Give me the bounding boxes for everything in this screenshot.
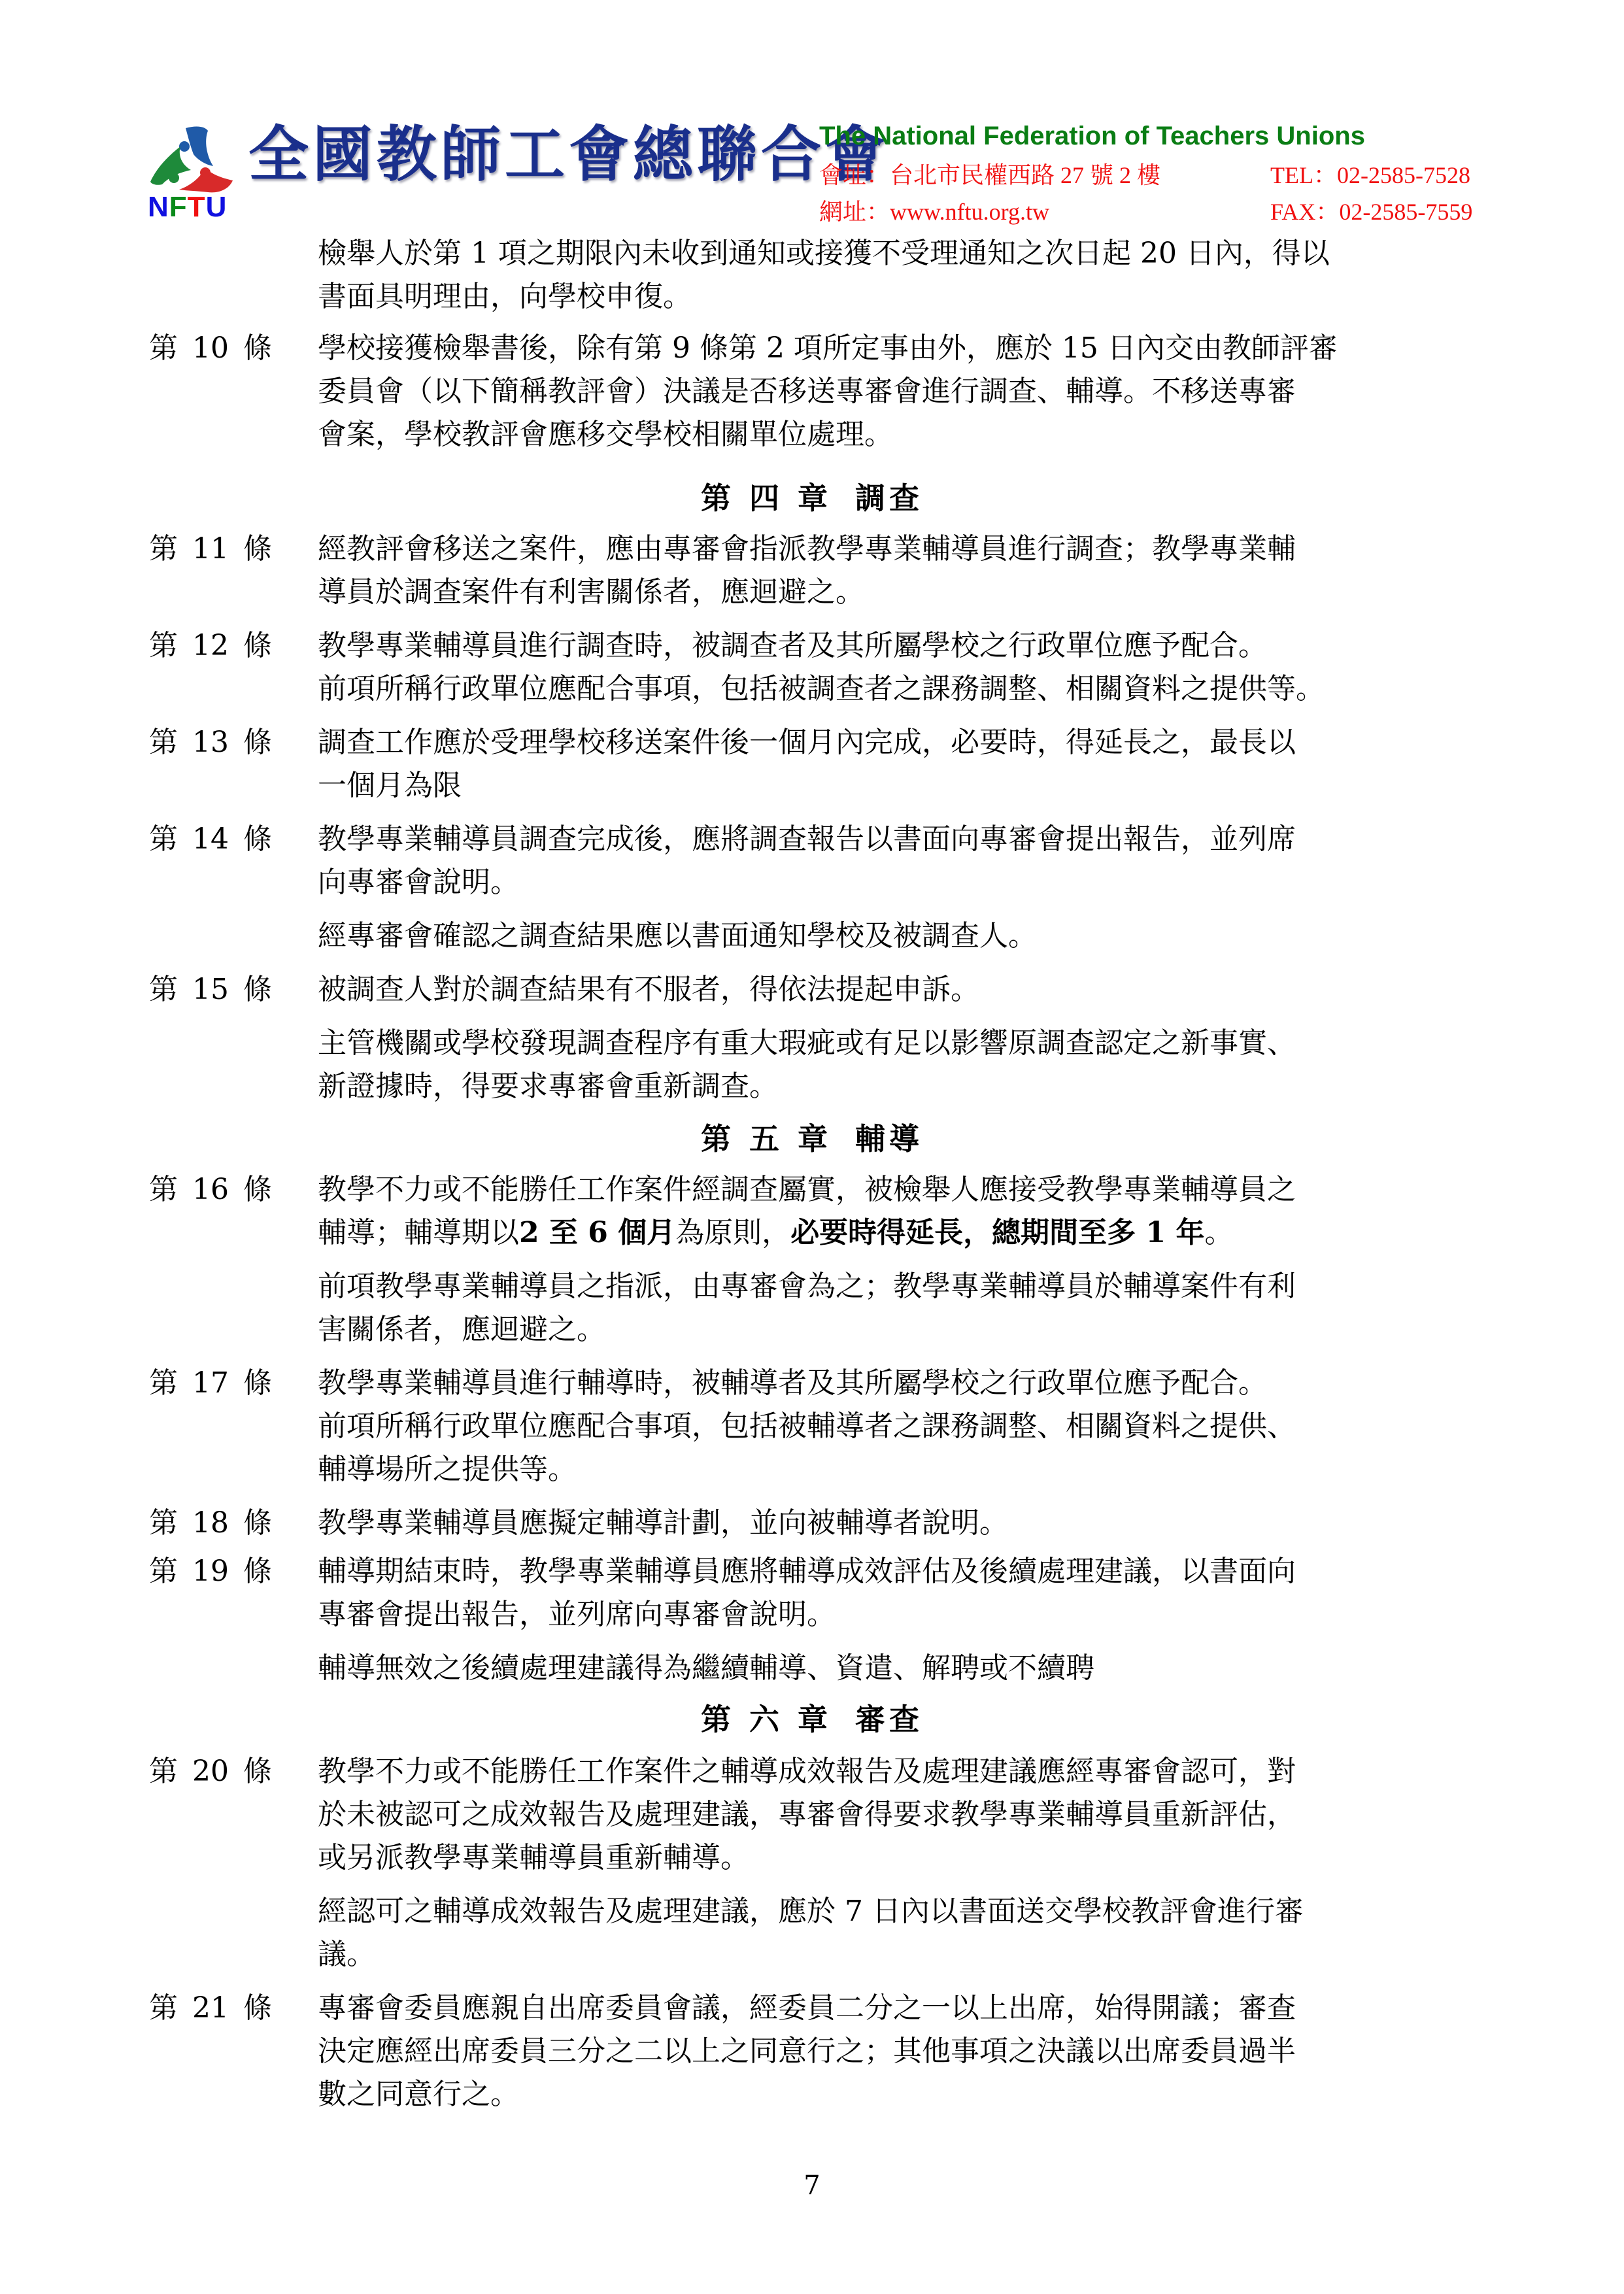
article-number: 第 16 條 xyxy=(149,1170,272,1209)
logo-letter: U xyxy=(206,193,228,222)
paragraph-line: 檢舉人於第 1 項之期限內未收到通知或接獲不受理通知之次日起 20 日內，得以 xyxy=(318,234,1330,273)
nftu-logo-icon xyxy=(145,122,243,200)
article-number: 第 13 條 xyxy=(149,723,272,762)
article-number: 第 21 條 xyxy=(149,1989,272,2028)
article-number: 第 10 條 xyxy=(149,329,272,368)
article-line: 新證據時，得要求專審會重新調查。 xyxy=(318,1067,778,1106)
logo-abbreviation: NFTU xyxy=(148,193,227,222)
chapter-heading: 第 五 章輔導 xyxy=(0,1119,1624,1158)
article-line: 專審會提出報告，並列席向專審會說明。 xyxy=(318,1595,836,1634)
fax: FAX：02-2585-7559 xyxy=(1270,194,1472,227)
chapter-title: 審查 xyxy=(855,1702,923,1737)
address: 會址：台北市民權西路 27 號 2 樓 xyxy=(819,157,1160,190)
website: 網址：www.nftu.org.tw xyxy=(819,194,1049,227)
article-number: 第 11 條 xyxy=(149,530,272,569)
article-line: 導員於調查案件有利害關係者，應迴避之。 xyxy=(318,573,864,612)
article-line: 委員會（以下簡稱教評會）決議是否移送專審會進行調查、輔導。不移送專審 xyxy=(318,372,1296,411)
article-line: 前項所稱行政單位應配合事項，包括被輔導者之課務調整、相關資料之提供、 xyxy=(318,1407,1296,1446)
article-line: 前項所稱行政單位應配合事項，包括被調查者之課務調整、相關資料之提供等。 xyxy=(318,669,1325,709)
article-line: 經專審會確認之調查結果應以書面通知學校及被調查人。 xyxy=(318,917,1037,956)
article-number: 第 18 條 xyxy=(149,1504,272,1543)
organization-name-english: The National Federation of Teachers Unio… xyxy=(819,122,1365,151)
article-line: 調查工作應於受理學校移送案件後一個月內完成，必要時，得延長之，最長以 xyxy=(318,723,1296,762)
article-line: 輔導期結束時，教學專業輔導員應將輔導成效評估及後續處理建議，以書面向 xyxy=(318,1552,1296,1591)
article-line: 輔導無效之後續處理建議得為繼續輔導、資遣、解聘或不續聘 xyxy=(318,1649,1094,1688)
telephone: TEL：02-2585-7528 xyxy=(1270,157,1470,190)
chapter-title: 調查 xyxy=(855,481,923,516)
organization-name-chinese: 全國教師工會總聯合會 xyxy=(248,124,889,184)
article-number: 第 12 條 xyxy=(149,626,272,666)
chapter-heading: 第 四 章調查 xyxy=(0,479,1624,518)
chapter-title: 輔導 xyxy=(855,1121,923,1156)
article-line: 教學不力或不能勝任工作案件經調查屬實，被檢舉人應接受教學專業輔導員之 xyxy=(318,1170,1296,1209)
text-segment: 。 xyxy=(1204,1216,1233,1249)
article-line: 學校接獲檢舉書後，除有第 9 條第 2 項所定事由外，應於 15 日內交由教師評… xyxy=(318,329,1338,368)
bold-duration: 2 至 6 個月 xyxy=(519,1216,675,1249)
article-line: 教學專業輔導員調查完成後，應將調查報告以書面向專審會提出報告，並列席 xyxy=(318,820,1296,859)
article-line: 於未被認可之成效報告及處理建議，專審會得要求教學專業輔導員重新評估， xyxy=(318,1795,1296,1834)
article-line: 數之同意行之。 xyxy=(318,2075,519,2114)
article-line: 決定應經出席委員三分之二以上之同意行之；其他事項之決議以出席委員過半 xyxy=(318,2032,1296,2071)
logo-letter: T xyxy=(188,193,206,222)
article-number: 第 14 條 xyxy=(149,820,272,859)
letterhead: NFTU 全國教師工會總聯合會 The National Federation … xyxy=(0,0,1624,235)
article-number: 第 17 條 xyxy=(149,1364,272,1403)
article-line: 教學專業輔導員進行調查時，被調查者及其所屬學校之行政單位應予配合。 xyxy=(318,626,1267,666)
article-line: 教學不力或不能勝任工作案件之輔導成效報告及處理建議應經專審會認可，對 xyxy=(318,1752,1296,1791)
text-segment: 輔導；輔導期以 xyxy=(318,1216,519,1249)
article-number: 第 20 條 xyxy=(149,1752,272,1791)
logo-letter: N xyxy=(148,193,169,222)
article-line: 向專審會說明。 xyxy=(318,863,519,902)
article-line: 經教評會移送之案件，應由專審會指派教學專業輔導員進行調查；教學專業輔 xyxy=(318,530,1296,569)
bold-extension: 必要時得延長，總期間至多 1 年 xyxy=(790,1216,1204,1249)
chapter-label: 第 五 章 xyxy=(701,1121,832,1156)
paragraph-line: 書面具明理由，向學校申復。 xyxy=(318,277,692,316)
article-line: 經認可之輔導成效報告及處理建議，應於 7 日內以書面送交學校教評會進行審 xyxy=(318,1892,1304,1931)
article-line: 議。 xyxy=(318,1935,375,1974)
logo-letter: F xyxy=(169,193,188,222)
chapter-label: 第 六 章 xyxy=(701,1702,832,1737)
article-number: 第 19 條 xyxy=(149,1552,272,1591)
article-line: 專審會委員應親自出席委員會議，經委員二分之一以上出席，始得開議；審查 xyxy=(318,1989,1296,2028)
article-line: 害關係者，應迴避之。 xyxy=(318,1310,605,1349)
article-number: 第 15 條 xyxy=(149,970,272,1009)
article-line: 教學專業輔導員應擬定輔導計劃，並向被輔導者說明。 xyxy=(318,1504,1008,1543)
article-line: 或另派教學專業輔導員重新輔導。 xyxy=(318,1838,749,1878)
article-line: 輔導場所之提供等。 xyxy=(318,1450,577,1489)
page-number: 7 xyxy=(0,2169,1624,2202)
article-line: 教學專業輔導員進行輔導時，被輔導者及其所屬學校之行政單位應予配合。 xyxy=(318,1364,1267,1403)
article-line: 前項教學專業輔導員之指派，由專審會為之；教學專業輔導員於輔導案件有利 xyxy=(318,1267,1296,1306)
article-line: 被調查人對於調查結果有不服者，得依法提起申訴。 xyxy=(318,970,979,1009)
article-line: 主管機關或學校發現調查程序有重大瑕疵或有足以影響原調查認定之新事實、 xyxy=(318,1024,1296,1063)
article-line: 會案，學校教評會應移交學校相關單位處理。 xyxy=(318,415,893,454)
chapter-label: 第 四 章 xyxy=(701,481,832,516)
article-line: 一個月為限 xyxy=(318,766,462,805)
chapter-heading: 第 六 章審查 xyxy=(0,1700,1624,1739)
text-segment: 為原則， xyxy=(675,1216,790,1249)
article-line-emphasis: 輔導；輔導期以2 至 6 個月為原則，必要時得延長，總期間至多 1 年。 xyxy=(318,1213,1233,1253)
